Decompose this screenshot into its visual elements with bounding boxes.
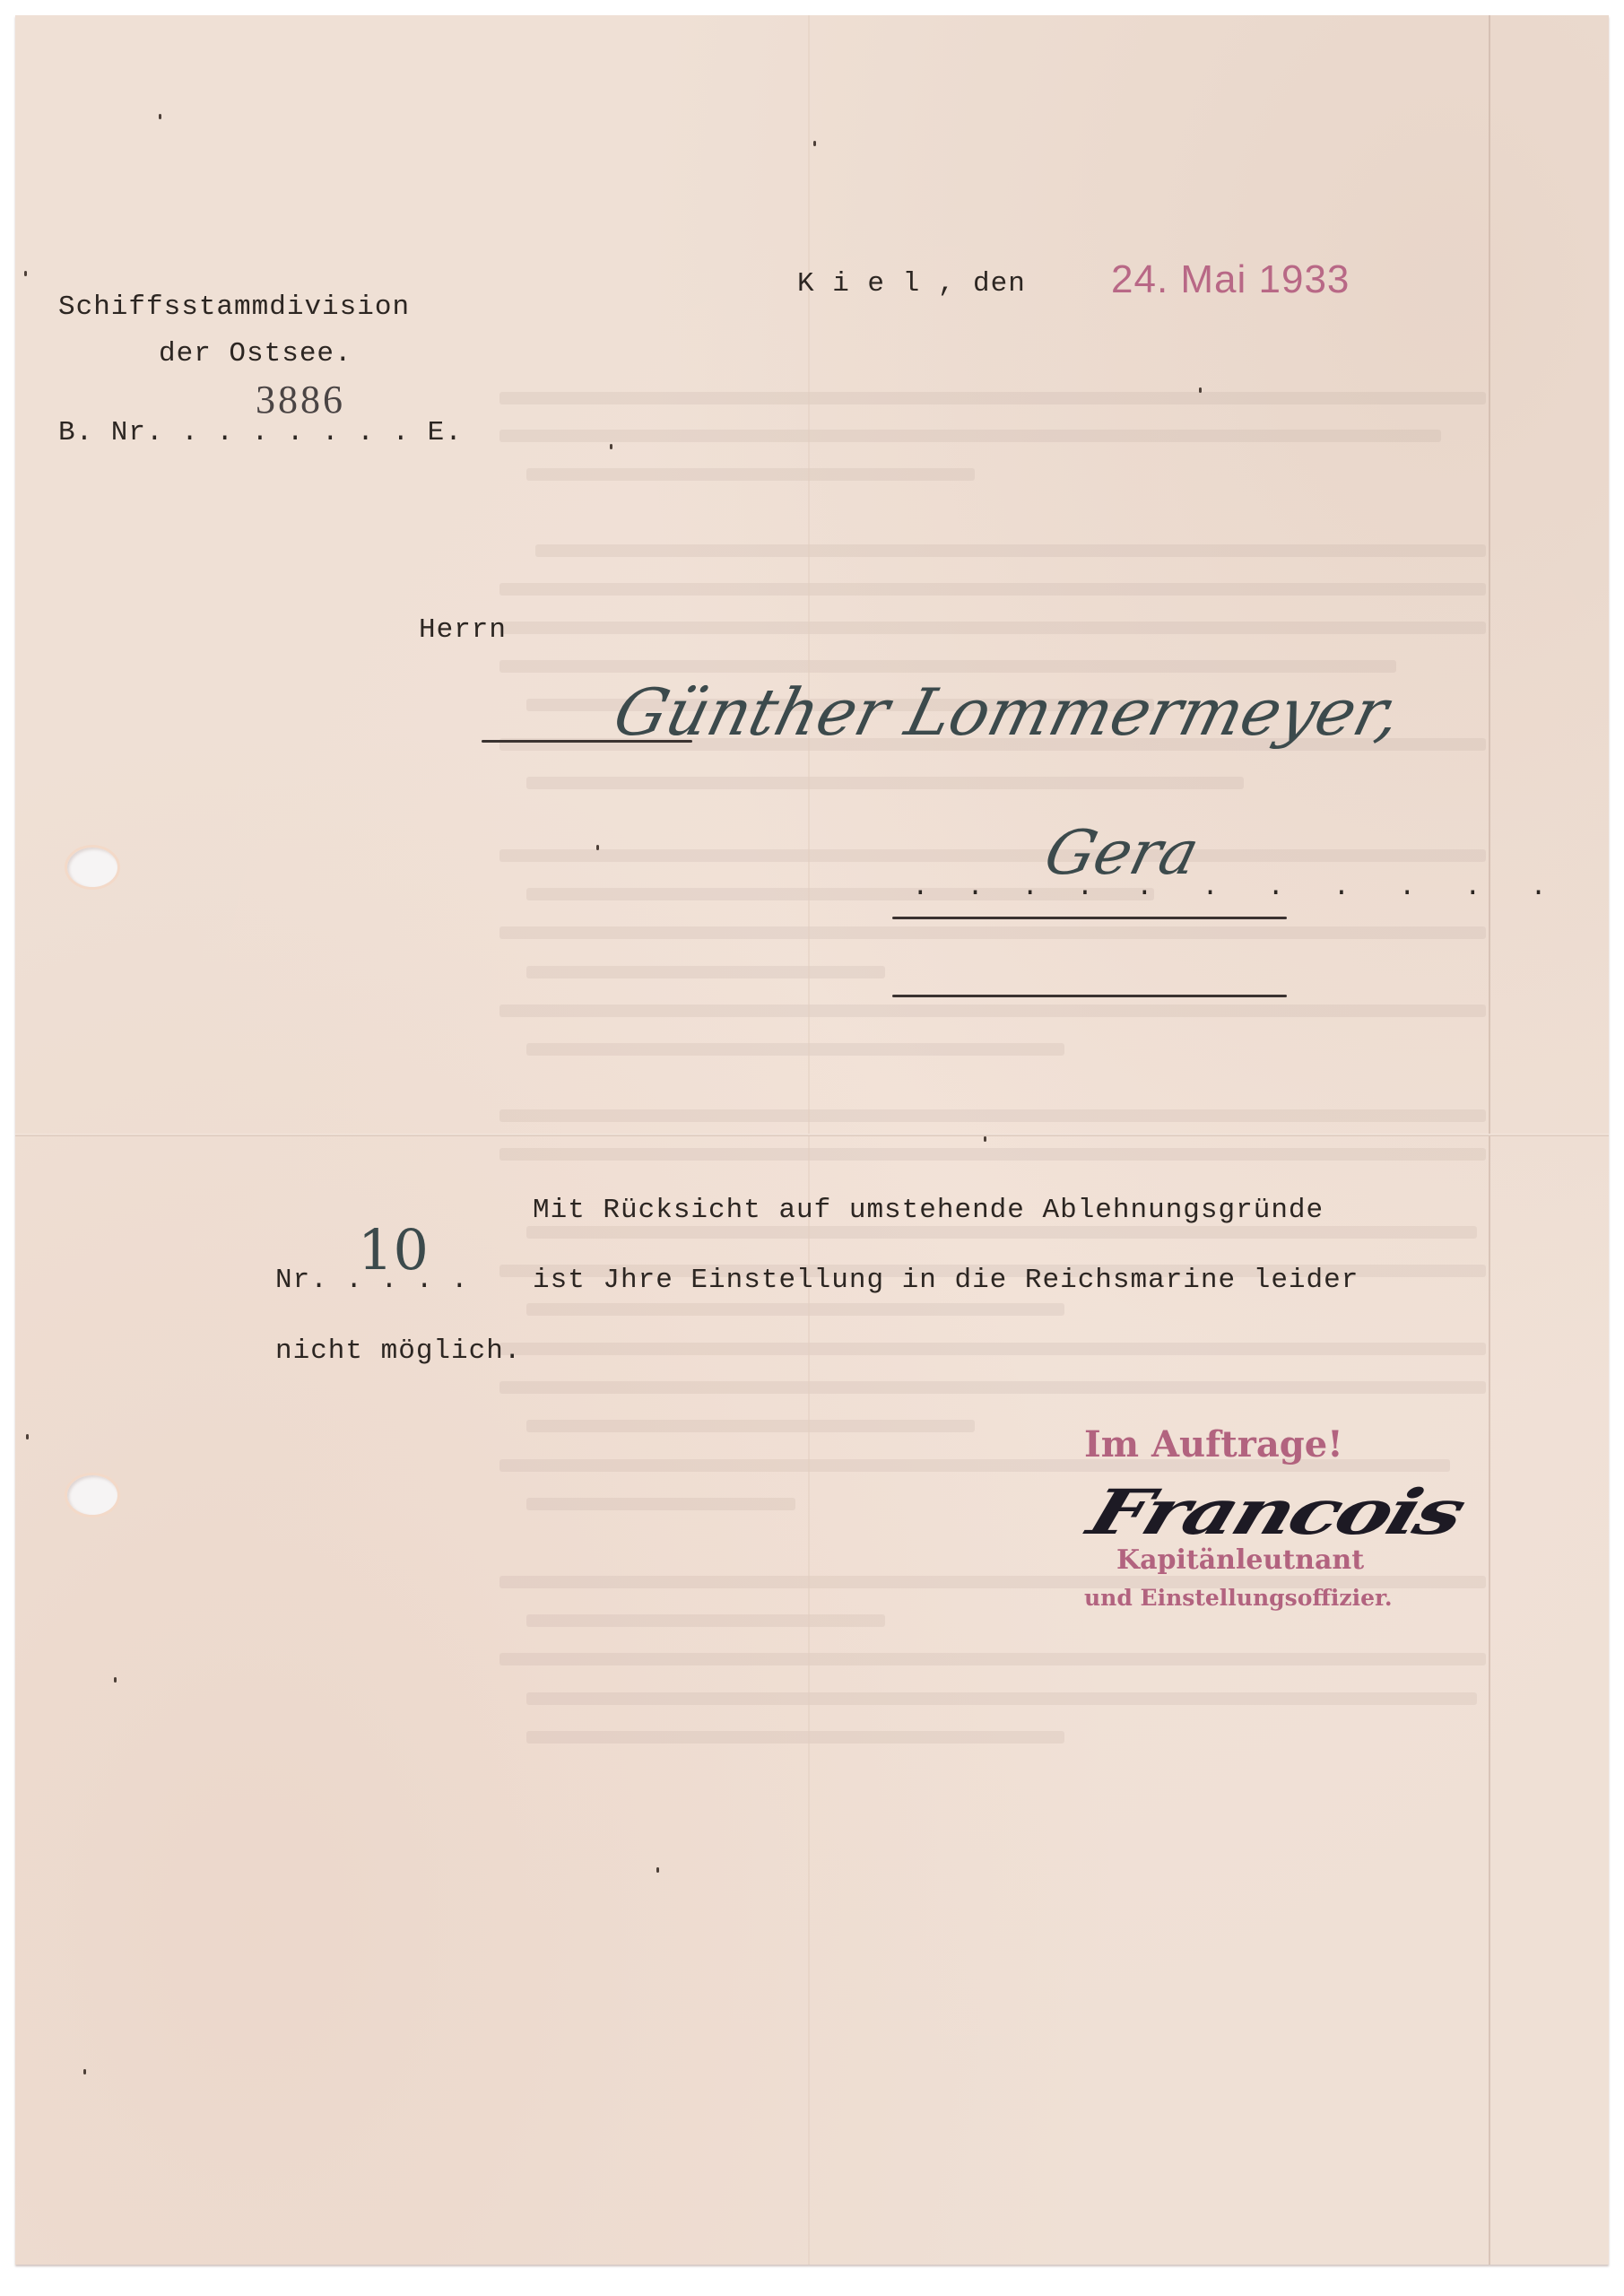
signature: Francois bbox=[1080, 1476, 1472, 1549]
address-line-1 bbox=[892, 917, 1287, 919]
ink-speck bbox=[159, 114, 161, 119]
recipient-name: Günther Lommermeyer, bbox=[607, 674, 1410, 750]
ink-speck bbox=[26, 1434, 29, 1439]
city-trailing-dots: . . . . . . . bbox=[1136, 872, 1563, 903]
body-line-3: nicht möglich. bbox=[275, 1335, 521, 1367]
ink-speck bbox=[610, 444, 612, 449]
paper-vertical-crease bbox=[808, 15, 810, 2265]
name-underline bbox=[482, 740, 692, 743]
salutation: Herrn bbox=[419, 614, 507, 646]
stamp-rank: Kapitänleutnant bbox=[1116, 1544, 1364, 1576]
ink-speck bbox=[24, 271, 27, 276]
ink-speck bbox=[83, 2069, 86, 2074]
letter-paper: Schiffsstammdivision der Ostsee. 3886 B.… bbox=[15, 15, 1609, 2265]
stamp-role: und Einstellungsoffizier. bbox=[1084, 1585, 1393, 1611]
punch-hole-bottom bbox=[65, 1473, 120, 1518]
ink-speck bbox=[114, 1677, 117, 1683]
body-line-1: Mit Rücksicht auf umstehende Ablehnungsg… bbox=[533, 1195, 1324, 1226]
ink-speck bbox=[984, 1136, 986, 1142]
punch-hole-top bbox=[65, 845, 120, 890]
sender-line-2: der Ostsee. bbox=[159, 338, 352, 370]
address-line-2 bbox=[892, 995, 1287, 997]
stamp-im-auftrage: Im Auftrage! bbox=[1084, 1423, 1343, 1465]
ink-speck bbox=[596, 845, 599, 850]
reference-number: 3886 bbox=[256, 377, 345, 422]
date-stamp: 24. Mai 1933 bbox=[1111, 257, 1350, 302]
paper-right-crease bbox=[1489, 15, 1490, 2265]
reference-label: B. Nr. . . . . . . . E. bbox=[58, 417, 463, 448]
ink-speck bbox=[656, 1867, 659, 1873]
ink-speck bbox=[1199, 387, 1202, 393]
ink-speck bbox=[813, 141, 816, 146]
paper-horizontal-fold bbox=[15, 1134, 1609, 1136]
body-line-2: ist Jhre Einstellung in die Reichsmarine… bbox=[533, 1265, 1359, 1296]
sender-line-1: Schiffsstammdivision bbox=[58, 291, 410, 323]
place-label: K i e l , den bbox=[797, 268, 1026, 300]
number-value: 10 bbox=[358, 1217, 429, 1283]
